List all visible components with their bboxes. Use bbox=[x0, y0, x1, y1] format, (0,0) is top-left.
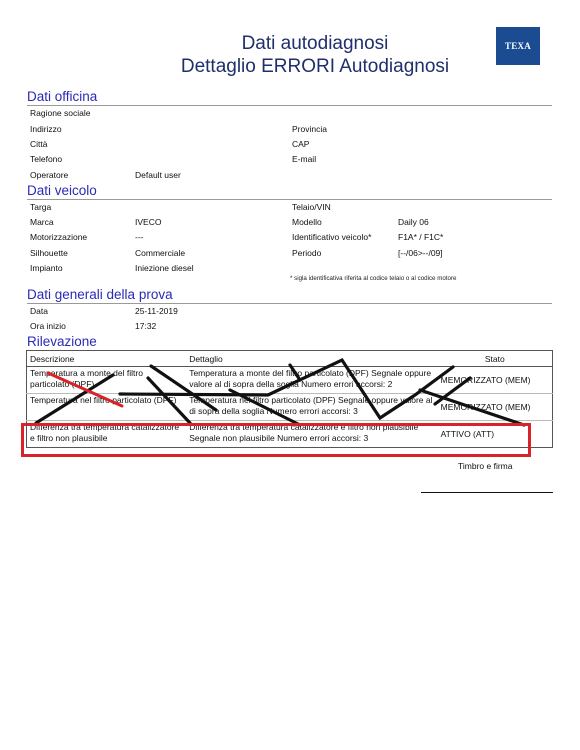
field-value: 17:32 bbox=[135, 321, 156, 331]
cell-dettaglio: Differenza tra temperatura catalizzatore… bbox=[186, 421, 437, 448]
field-value: Iniezione diesel bbox=[135, 263, 194, 273]
field-value: 25-11-2019 bbox=[135, 306, 178, 316]
field-label: Silhouette bbox=[30, 248, 68, 258]
column-header-dettaglio: Dettaglio bbox=[186, 351, 437, 367]
rilevazione-table: Descrizione Dettaglio Stato Temperatura … bbox=[26, 350, 553, 448]
field-label: Operatore bbox=[30, 170, 68, 180]
field-value: F1A* / F1C* bbox=[398, 232, 443, 242]
cell-descrizione: Differenza tra temperatura catalizzatore… bbox=[27, 421, 187, 448]
field-label: Indirizzo bbox=[30, 124, 62, 134]
field-label: Provincia bbox=[292, 124, 327, 134]
field-label: Modello bbox=[292, 217, 322, 227]
field-label: Marca bbox=[30, 217, 54, 227]
field-label: Impianto bbox=[30, 263, 63, 273]
field-label: Telaio/VIN bbox=[292, 202, 331, 212]
field-label: Identificativo veicolo* bbox=[292, 232, 371, 242]
field-value: [--/06>--/09] bbox=[398, 248, 443, 258]
field-label: Telefono bbox=[30, 154, 62, 164]
cell-dettaglio: Temperatura nel filtro particolato (DPF)… bbox=[186, 394, 437, 421]
table-row: Temperatura a monte del filtro particola… bbox=[27, 367, 553, 394]
field-value: Default user bbox=[135, 170, 181, 180]
field-label: Ora inizio bbox=[30, 321, 66, 331]
section-heading-prova: Dati generali della prova bbox=[27, 287, 552, 304]
column-header-descrizione: Descrizione bbox=[27, 351, 187, 367]
cell-descrizione: Temperatura a monte del filtro particola… bbox=[27, 367, 187, 394]
cell-stato: ATTIVO (ATT) bbox=[438, 421, 553, 448]
field-value: Commerciale bbox=[135, 248, 185, 258]
field-label: Periodo bbox=[292, 248, 321, 258]
vehicle-id-footnote: * sigla identificativa riferita al codic… bbox=[290, 275, 456, 282]
cell-dettaglio: Temperatura a monte del filtro particola… bbox=[186, 367, 437, 394]
signature-line bbox=[421, 492, 553, 493]
field-label: Città bbox=[30, 139, 47, 149]
field-label: Data bbox=[30, 306, 48, 316]
section-heading-rilevazione: Rilevazione bbox=[27, 334, 552, 350]
cell-descrizione: Temperatura nel filtro particolato (DPF) bbox=[27, 394, 187, 421]
section-heading-officina: Dati officina bbox=[27, 89, 552, 106]
cell-stato: MEMORIZZATO (MEM) bbox=[438, 394, 553, 421]
field-value: --- bbox=[135, 232, 144, 242]
field-label: E-mail bbox=[292, 154, 316, 164]
field-value: Daily 06 bbox=[398, 217, 429, 227]
field-label: Ragione sociale bbox=[30, 108, 90, 118]
document-title: Dati autodiagnosi bbox=[150, 33, 480, 55]
field-label: CAP bbox=[292, 139, 309, 149]
field-value: IVECO bbox=[135, 217, 161, 227]
stamp-signature-label: Timbro e firma bbox=[458, 461, 512, 471]
table-header-row: Descrizione Dettaglio Stato bbox=[27, 351, 553, 367]
texa-logo: TEXA bbox=[496, 27, 540, 65]
cell-stato: MEMORIZZATO (MEM) bbox=[438, 367, 553, 394]
field-label: Motorizzazione bbox=[30, 232, 87, 242]
field-label: Targa bbox=[30, 202, 51, 212]
table-row: Temperatura nel filtro particolato (DPF)… bbox=[27, 394, 553, 421]
column-header-stato: Stato bbox=[438, 351, 553, 367]
table-row: Differenza tra temperatura catalizzatore… bbox=[27, 421, 553, 448]
section-heading-veicolo: Dati veicolo bbox=[27, 183, 552, 200]
document-subtitle: Dettaglio ERRORI Autodiagnosi bbox=[150, 56, 480, 78]
